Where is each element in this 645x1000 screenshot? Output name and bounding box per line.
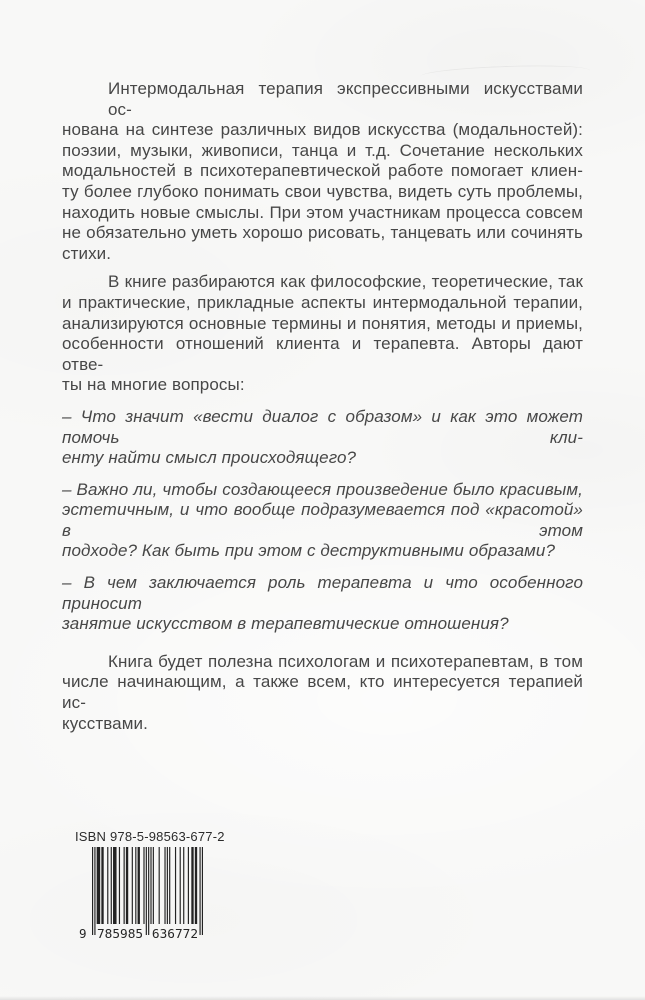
isbn-block: ISBN 978-5-98563-677-2 9785985636772 xyxy=(75,829,209,940)
question-paragraph: – Важно ли, чтобы создающееся произведен… xyxy=(62,480,583,562)
barcode-bar xyxy=(126,847,128,924)
barcode-bar xyxy=(111,847,112,924)
book-back-cover: Интермодальная терапия экспрессивными ис… xyxy=(0,0,645,1000)
question-paragraph: – В чем заключается роль терапевта и что… xyxy=(62,573,583,635)
text-line: ты на многие вопросы: xyxy=(62,375,583,396)
barcode-bar xyxy=(183,847,184,924)
text-line: Интермодальная терапия экспрессивными ис… xyxy=(62,79,583,120)
barcode-bar xyxy=(169,847,170,924)
barcode-bar xyxy=(188,847,189,924)
isbn-label: ISBN 978-5-98563-677-2 xyxy=(75,829,209,844)
barcode-bar xyxy=(124,847,125,924)
barcode-bar xyxy=(101,847,103,924)
barcode-bar xyxy=(135,847,136,924)
text-line: стихи. xyxy=(62,244,583,265)
barcode-bar xyxy=(92,847,93,935)
barcode-bar xyxy=(146,847,147,935)
barcode-bar xyxy=(199,847,200,935)
text-line: эстетичным, и что вообще подразумевается… xyxy=(62,500,583,541)
barcode-bar xyxy=(97,847,101,924)
text-line: подходе? Как быть при этом с деструктивн… xyxy=(62,541,583,562)
text-line: особенности отношений клиента и терапевт… xyxy=(62,334,583,375)
text-line: – Что значит «вести диалог с образом» и … xyxy=(62,407,583,448)
barcode-bar xyxy=(202,847,203,935)
text-line: кусствами. xyxy=(62,714,583,735)
barcode-bar xyxy=(153,847,154,924)
question-paragraph: – Что значит «вести диалог с образом» и … xyxy=(62,407,583,469)
barcode-bar xyxy=(150,847,151,924)
barcode-bar xyxy=(119,847,120,924)
text-line: и практические, прикладные аспекты интер… xyxy=(62,293,583,314)
ean13-barcode: 9785985636772 xyxy=(77,846,204,940)
barcode-digit-group: 785985 xyxy=(97,926,143,940)
text-line: поэзии, музыки, живописи, танца и т.д. С… xyxy=(62,141,583,162)
text-line: – В чем заключается роль терапевта и что… xyxy=(62,573,583,614)
barcode-bar xyxy=(132,847,133,924)
body-paragraph: Книга будет полезна психологам и психоте… xyxy=(62,652,583,734)
barcode-bar xyxy=(191,847,193,924)
text-line: находить новые смыслы. При этом участник… xyxy=(62,203,583,224)
text-line: не обязательно уметь хорошо рисовать, та… xyxy=(62,223,583,244)
text-line: нована на синтезе различных видов искусс… xyxy=(62,120,583,141)
barcode-bar xyxy=(159,847,160,924)
text-line: Книга будет полезна психологам и психоте… xyxy=(62,652,583,673)
barcode-digit-group: 636772 xyxy=(152,926,198,940)
text-line: енту найти смысл происходящего? xyxy=(62,448,583,469)
barcode-bar xyxy=(107,847,108,924)
text-line: занятие искусством в терапевтические отн… xyxy=(62,614,583,635)
barcode-bar xyxy=(167,847,168,924)
page-bottom-edge xyxy=(0,996,645,1000)
body-paragraph: В книге разбираются как философские, тео… xyxy=(62,272,583,396)
barcode-bar xyxy=(180,847,181,924)
text-line: ту более глубоко понимать свои чувства, … xyxy=(62,182,583,203)
barcode-bar xyxy=(164,847,165,924)
barcode-bar xyxy=(143,847,144,924)
body-paragraph: Интермодальная терапия экспрессивными ис… xyxy=(62,79,583,264)
text-line: – Важно ли, чтобы создающееся произведен… xyxy=(62,480,583,501)
barcode-bar xyxy=(195,847,197,924)
text-line: числе начинающим, а также всем, кто инте… xyxy=(62,672,583,713)
text-line: анализируются основные термины и понятия… xyxy=(62,314,583,335)
barcode-bar xyxy=(138,847,140,924)
annotation-text: Интермодальная терапия экспрессивными ис… xyxy=(62,79,583,734)
barcode-bar xyxy=(94,847,95,935)
barcode-bar xyxy=(175,847,176,924)
barcode-digit-group: 9 xyxy=(79,926,87,940)
barcode-bar xyxy=(148,847,149,935)
text-line: модальностей в психотерапевтической рабо… xyxy=(62,161,583,182)
text-line: В книге разбираются как философские, тео… xyxy=(62,272,583,293)
barcode-bar xyxy=(113,847,117,924)
